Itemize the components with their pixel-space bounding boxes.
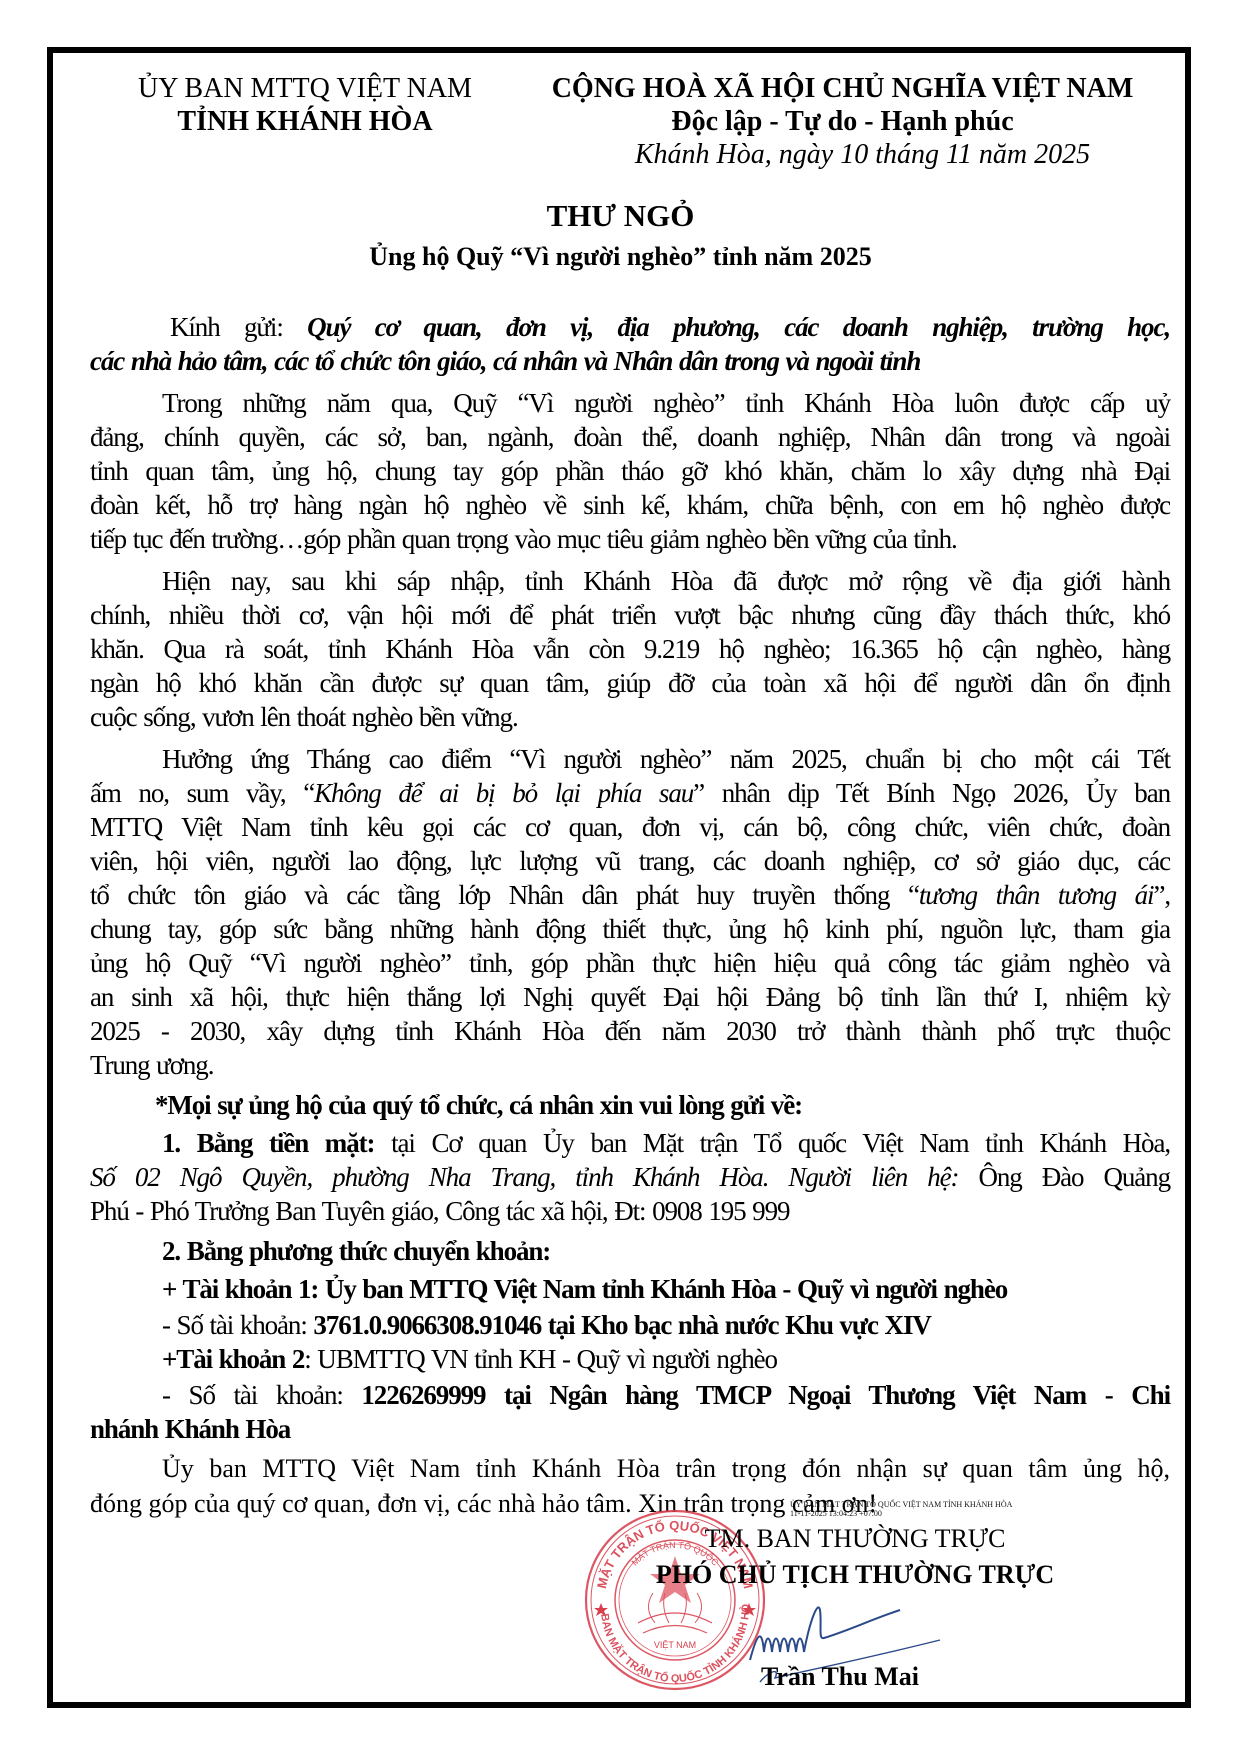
document-title: THƯ NGỎ bbox=[0, 197, 1241, 235]
paragraph1-line: Trong những năm qua, Quỹ “Vì người nghèo… bbox=[162, 386, 1170, 420]
national-motto-block: CỘNG HOÀ XÃ HỘI CHỦ NGHĨA VIỆT NAM Độc l… bbox=[540, 72, 1145, 171]
text: ấm no, sum vầy, “ bbox=[90, 778, 314, 808]
digital-signature: ỦY BAN MẶT TRẬN TỔ QUỐC VIỆT NAM TỈNH KH… bbox=[790, 1500, 1012, 1518]
salutation-recipients: Quý cơ quan, đơn vị, địa phương, các doa… bbox=[307, 312, 1170, 342]
salutation-line1: Kính gửi: Quý cơ quan, đơn vị, địa phươn… bbox=[170, 310, 1170, 344]
text: ” nhân dịp Tết Bính Ngọ 2026, Ủy ban bbox=[693, 778, 1170, 808]
paragraph3-line: ủng hộ Quỹ “Vì người nghèo” tỉnh, góp ph… bbox=[90, 946, 1170, 980]
paragraph1-line: đoàn kết, hỗ trợ hàng ngàn hộ nghèo về s… bbox=[90, 488, 1170, 522]
account1-number-line: - Số tài khoản: 3761.0.9066308.91046 tại… bbox=[162, 1308, 1170, 1342]
paragraph3-line: an sinh xã hội, thực hiện thắng lợi Nghị… bbox=[90, 980, 1170, 1014]
salutation-line2: các nhà hảo tâm, các tổ chức tôn giáo, c… bbox=[90, 344, 1170, 378]
paragraph2-line: Hiện nay, sau khi sáp nhập, tỉnh Khánh H… bbox=[162, 564, 1170, 598]
place-date: Khánh Hòa, ngày 10 tháng 11 năm 2025 bbox=[540, 138, 1145, 171]
salutation-label: Kính gửi: bbox=[170, 312, 307, 342]
country-title: CỘNG HOÀ XÃ HỘI CHỦ NGHĨA VIỆT NAM bbox=[540, 72, 1145, 105]
paragraph1-line: tiếp tục đến trường…góp phần quan trọng … bbox=[90, 522, 1170, 556]
text: ”, bbox=[1153, 880, 1170, 910]
text: - Số tài khoản: bbox=[162, 1380, 361, 1410]
cash-line2: Số 02 Ngô Quyền, phường Nha Trang, tỉnh … bbox=[90, 1160, 1170, 1194]
paragraph3-line: ấm no, sum vầy, “Không để ai bị bỏ lại p… bbox=[90, 776, 1170, 810]
cash-line3: Phú - Phó Trưởng Ban Tuyên giáo, Công tá… bbox=[90, 1194, 1170, 1228]
svg-text:VIỆT NAM: VIỆT NAM bbox=[654, 1640, 696, 1650]
digital-signature-org: ỦY BAN MẶT TRẬN TỔ QUỐC VIỆT NAM TỈNH KH… bbox=[790, 1500, 1012, 1509]
document-subtitle: Ủng hộ Quỹ “Vì người nghèo” tỉnh năm 202… bbox=[0, 240, 1241, 274]
signer-name: Trần Thu Mai bbox=[700, 1660, 980, 1694]
closing-line1: Ủy ban MTTQ Việt Nam tỉnh Khánh Hòa trân… bbox=[162, 1452, 1170, 1486]
issuer-line1: ỦY BAN MTTQ VIỆT NAM bbox=[120, 72, 490, 105]
text: - Số tài khoản: bbox=[162, 1310, 313, 1340]
cash-line1: 1. Bằng tiền mặt: tại Cơ quan Ủy ban Mặt… bbox=[162, 1126, 1170, 1160]
issuer-block: ỦY BAN MTTQ VIỆT NAM TỈNH KHÁNH HÒA bbox=[120, 72, 490, 138]
paragraph3-line: Trung ương. bbox=[90, 1048, 1170, 1082]
contact-name: Ông Đào Quảng bbox=[958, 1162, 1170, 1192]
paragraph1-line: tỉnh quan tâm, ủng hộ, chung tay góp phầ… bbox=[90, 454, 1170, 488]
transfer-heading: 2. Bằng phương thức chuyển khoản: bbox=[162, 1234, 1170, 1268]
paragraph3-line: Hưởng ứng Tháng cao điểm “Vì người nghèo… bbox=[162, 742, 1170, 776]
account1-number: 3761.0.9066308.91046 tại Kho bạc nhà nướ… bbox=[313, 1310, 930, 1340]
paragraph2-line: ngàn hộ khó khăn cần được sự quan tâm, g… bbox=[90, 666, 1170, 700]
issuer-line2: TỈNH KHÁNH HÒA bbox=[120, 105, 490, 138]
paragraph3-line: chung tay, góp sức bằng những hành động … bbox=[90, 912, 1170, 946]
account2-title: +Tài khoản 2: UBMTTQ VN tỉnh KH - Quỹ vì… bbox=[162, 1342, 1170, 1376]
address: Số 02 Ngô Quyền, phường Nha Trang, tỉnh … bbox=[90, 1162, 958, 1192]
quote-slogan: Không để ai bị bỏ lại phía sau bbox=[314, 778, 693, 808]
account1-title: + Tài khoản 1: Ủy ban MTTQ Việt Nam tỉnh… bbox=[162, 1272, 1170, 1306]
paragraph2-line: chính, nhiều thời cơ, vận hội mới để phá… bbox=[90, 598, 1170, 632]
quote-tradition: tương thân tương ái bbox=[919, 880, 1154, 910]
paragraph3-line: viên, hội viên, người lao động, lực lượn… bbox=[90, 844, 1170, 878]
signature-title-line2: PHÓ CHỦ TỊCH THƯỜNG TRỰC bbox=[605, 1558, 1105, 1592]
account2-label: +Tài khoản 2 bbox=[162, 1344, 304, 1374]
motto: Độc lập - Tự do - Hạnh phúc bbox=[540, 105, 1145, 138]
paragraph3-line: 2025 - 2030, xây dựng tỉnh Khánh Hòa đến… bbox=[90, 1014, 1170, 1048]
account2-branch: nhánh Khánh Hòa bbox=[90, 1412, 1170, 1446]
text: : UBMTTQ VN tỉnh KH - Quỹ vì người nghèo bbox=[304, 1344, 777, 1374]
account2-number: 1226269999 tại Ngân hàng TMCP Ngoại Thươ… bbox=[361, 1380, 1170, 1410]
donation-heading: *Mọi sự ủng hộ của quý tổ chức, cá nhân … bbox=[155, 1088, 1163, 1122]
paragraph1-line: đảng, chính quyền, các sở, ban, ngành, đ… bbox=[90, 420, 1170, 454]
paragraph3-line: tổ chức tôn giáo và các tầng lớp Nhân dâ… bbox=[90, 878, 1170, 912]
account2-number-line: - Số tài khoản: 1226269999 tại Ngân hàng… bbox=[162, 1378, 1170, 1412]
text: tổ chức tôn giáo và các tầng lớp Nhân dâ… bbox=[90, 880, 919, 910]
paragraph2-line: khăn. Qua rà soát, tỉnh Khánh Hòa vẫn cò… bbox=[90, 632, 1170, 666]
paragraph2-line: cuộc sống, vươn lên thoát nghèo bền vững… bbox=[90, 700, 1170, 734]
digital-signature-timestamp: 11-11-2025 13:04:23 +07:00 bbox=[790, 1509, 1012, 1518]
cash-label: 1. Bằng tiền mặt: bbox=[162, 1128, 374, 1158]
paragraph3-line: MTTQ Việt Nam tỉnh kêu gọi các cơ quan, … bbox=[90, 810, 1170, 844]
text: tại Cơ quan Ủy ban Mặt trận Tổ quốc Việt… bbox=[374, 1128, 1170, 1158]
signature-title-line1: TM. BAN THƯỜNG TRỰC bbox=[620, 1522, 1090, 1556]
